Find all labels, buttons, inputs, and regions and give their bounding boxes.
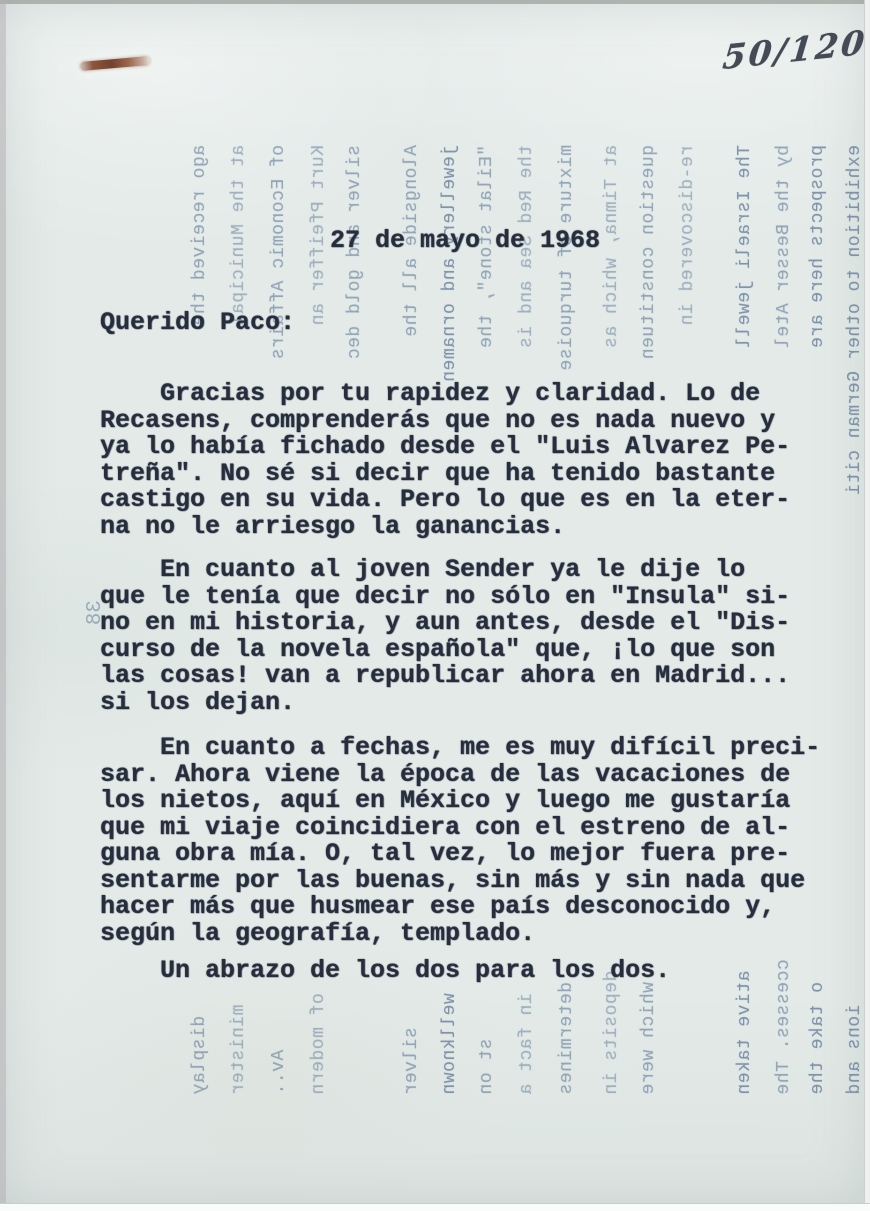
scanned-letter-page: ago received thedisplay at the Municipal…	[0, 0, 870, 1211]
letter-line: na no le arriesgo la ganancias.	[100, 514, 790, 541]
scan-edge-bottom	[0, 1203, 870, 1211]
letter-line: Gracias por tu rapidez y claridad. Lo de	[100, 381, 790, 408]
letter-line: hacer más que husmear ese país desconoci…	[100, 894, 820, 921]
scan-edge-top	[0, 0, 870, 4]
letter-line: En cuanto al joven Sender ya le dije lo	[100, 557, 790, 584]
letter-line: ya lo había fichado desde el "Luis Alvar…	[100, 434, 790, 461]
letter-line: treña". No sé si decir que ha tenido bas…	[100, 461, 790, 488]
scan-edge-left	[0, 0, 6, 1211]
letter-line: Recasens, comprenderás que no es nada nu…	[100, 408, 790, 435]
letter-line: sar. Ahora viene la época de las vacacio…	[100, 762, 820, 789]
letter-line: según la geografía, templado.	[100, 921, 820, 948]
letter-line: guna obra mía. O, tal vez, lo mejor fuer…	[100, 841, 820, 868]
letter-paragraph-1: Gracias por tu rapidez y claridad. Lo de…	[100, 381, 790, 540]
letter-paragraph-3: En cuanto a fechas, me es muy difícil pr…	[100, 735, 820, 947]
letter-date: 27 de mayo de 1968	[330, 228, 600, 255]
typed-letter-text: 27 de mayo de 1968 Querido Paco: Gracias…	[0, 0, 870, 1211]
letter-line: si los dejan.	[100, 690, 790, 717]
letter-line: los nietos, aquí en México y luego me gu…	[100, 788, 820, 815]
letter-line: que le tenía que decir no sólo en "Insul…	[100, 584, 790, 611]
letter-line: que mi viaje coincidiera con el estreno …	[100, 815, 820, 842]
letter-salutation: Querido Paco:	[100, 310, 295, 337]
letter-paragraph-2: En cuanto al joven Sender ya le dije lo …	[100, 557, 790, 716]
scan-edge-right	[864, 0, 870, 1211]
letter-line: sentarme por las buenas, sin más y sin n…	[100, 868, 820, 895]
letter-line: no en mi historia, y aun antes, desde el…	[100, 610, 790, 637]
letter-closing: Un abrazo de los dos para los dos.	[100, 958, 670, 985]
letter-line: curso de la novela española" que, ¡lo qu…	[100, 637, 790, 664]
letter-line: En cuanto a fechas, me es muy difícil pr…	[100, 735, 820, 762]
letter-line: castigo en su vida. Pero lo que es en la…	[100, 487, 790, 514]
letter-line: las cosas! van a republicar ahora en Mad…	[100, 663, 790, 690]
